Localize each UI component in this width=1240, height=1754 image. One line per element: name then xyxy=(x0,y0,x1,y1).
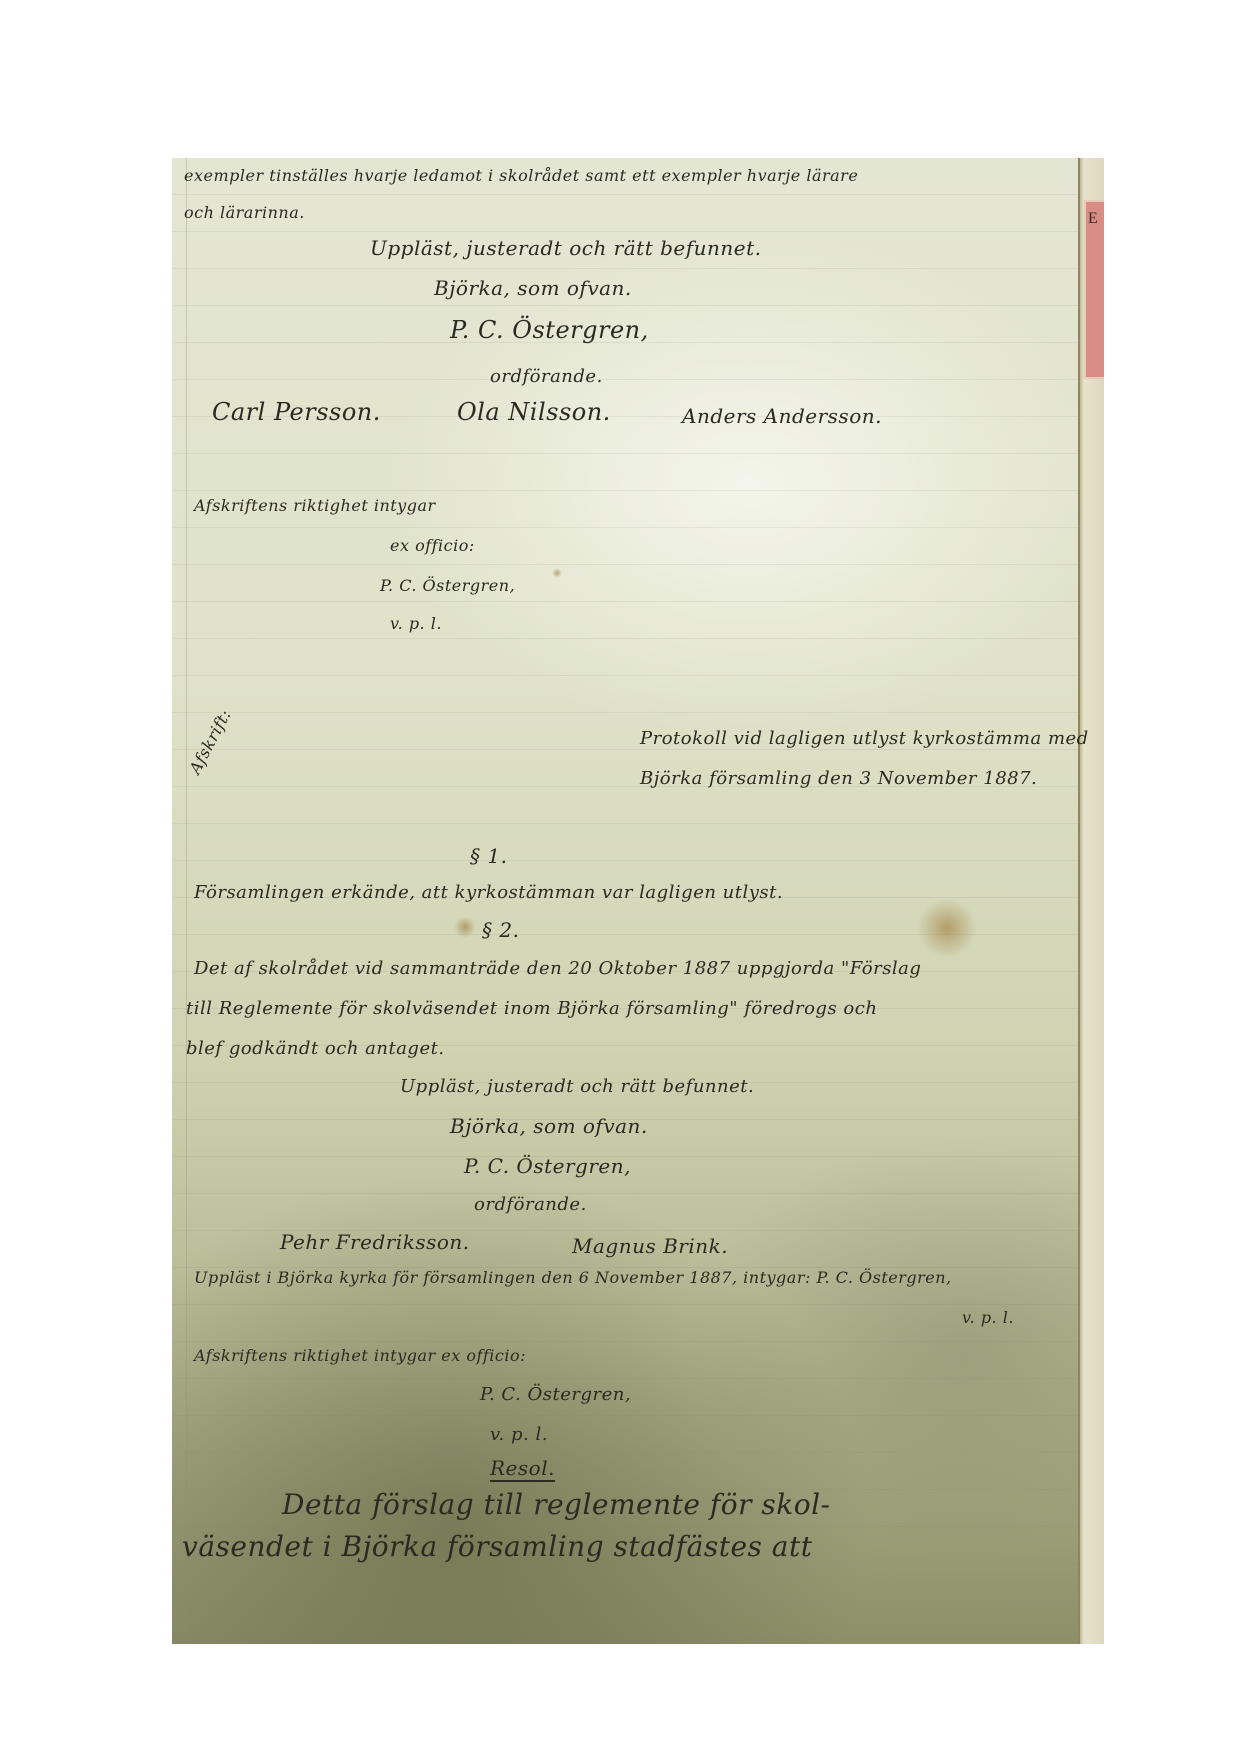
resolution-heading: Resol. xyxy=(490,1456,555,1482)
section-2-witness-1: Pehr Fredriksson. xyxy=(280,1230,470,1254)
adjacent-page-edge xyxy=(1078,158,1104,1644)
witness-2: Ola Nilsson. xyxy=(457,398,611,426)
section-2-place: Björka, som ofvan. xyxy=(450,1114,648,1138)
witness-1: Carl Persson. xyxy=(212,398,381,426)
prev-ex-officio: ex officio: xyxy=(390,536,475,555)
prev-line-1: exempler tinställes hvarje ledamot i sko… xyxy=(184,166,858,185)
prev-chair-name: P. C. Östergren, xyxy=(450,316,649,344)
section-2-witness-2: Magnus Brink. xyxy=(572,1234,728,1258)
church-reading-title: v. p. l. xyxy=(962,1308,1014,1327)
margin-line xyxy=(186,158,187,1644)
prev-place: Björka, som ofvan. xyxy=(434,276,632,300)
prev-chair-title: ordförande. xyxy=(490,366,603,387)
copy-attest-2-signer: P. C. Östergren, xyxy=(480,1384,631,1405)
document-photo: E exempler tinställes hvarje ledamot i s… xyxy=(172,158,1104,1644)
paragraph-2-line-1: Det af skolrådet vid sammanträde den 20 … xyxy=(194,958,921,979)
stain xyxy=(917,898,977,958)
section-2-chair-name: P. C. Östergren, xyxy=(464,1154,631,1178)
paragraph-1-text: Församlingen erkände, att kyrkostämman v… xyxy=(194,882,783,903)
stamp-letter: E xyxy=(1088,210,1098,228)
prev-attest: Uppläst, justeradt och rätt befunnet. xyxy=(370,236,762,260)
stain xyxy=(454,916,476,938)
prev-line-2: och lärarinna. xyxy=(184,203,305,222)
stain xyxy=(552,568,562,578)
paragraph-2-line-2: till Reglemente för skolväsendet inom Bj… xyxy=(186,998,877,1019)
prev-copy-attest: Afskriftens riktighet intygar xyxy=(194,496,436,515)
prev-signer: P. C. Östergren, xyxy=(380,576,515,595)
protocol-heading-2: Björka församling den 3 November 1887. xyxy=(640,768,1037,789)
section-2-chair-title: ordförande. xyxy=(474,1194,587,1215)
paragraph-2-mark: § 2. xyxy=(482,918,519,942)
copy-attest-2-text: Afskriftens riktighet intygar ex officio… xyxy=(194,1346,526,1365)
paragraph-2-line-3: blef godkändt och antaget. xyxy=(186,1038,445,1059)
witness-3: Anders Andersson. xyxy=(682,404,882,428)
protocol-heading-1: Protokoll vid lagligen utlyst kyrkostämm… xyxy=(640,728,1089,749)
resolution-line-2: väsendet i Björka församling stadfästes … xyxy=(182,1530,813,1563)
church-reading-text: Uppläst i Björka kyrka för församlingen … xyxy=(194,1268,952,1287)
resolution-line-1: Detta förslag till reglemente för skol- xyxy=(282,1488,830,1521)
copy-attest-2-title: v. p. l. xyxy=(490,1424,548,1445)
revenue-stamp: E xyxy=(1084,200,1104,379)
section-2-attest: Uppläst, justeradt och rätt befunnet. xyxy=(400,1076,754,1097)
paragraph-1-mark: § 1. xyxy=(470,844,507,868)
prev-signer-title: v. p. l. xyxy=(390,614,442,633)
